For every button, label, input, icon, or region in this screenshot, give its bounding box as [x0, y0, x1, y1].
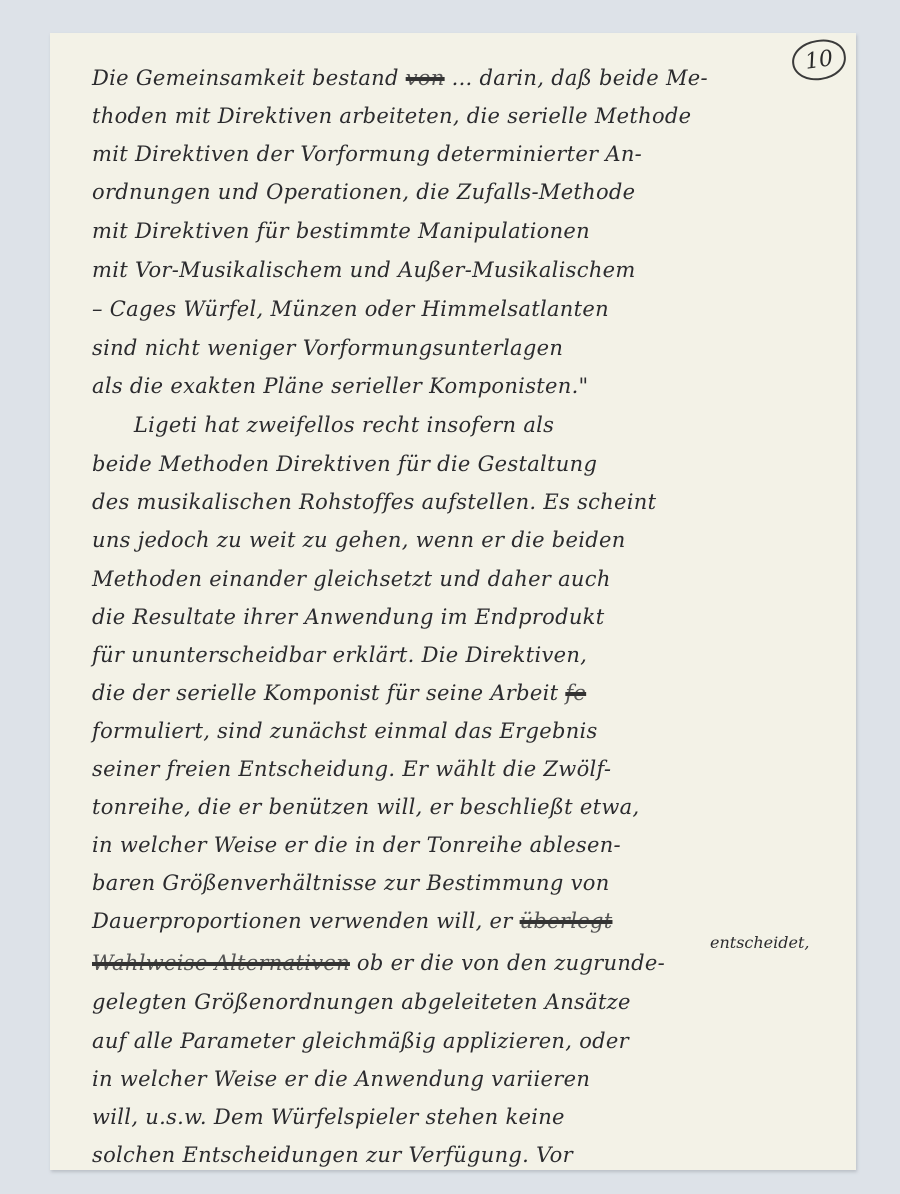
text-line: gelegten Größenordnungen abgeleiteten An…	[92, 990, 631, 1014]
line-text: will, u.s.w. Dem Würfelspieler stehen ke…	[92, 1105, 565, 1129]
line-text: als die exakten Pläne serieller Komponis…	[92, 374, 589, 398]
interlinear-insertion: entscheidet,	[710, 933, 810, 952]
text-line: mit Direktiven für bestimmte Manipulatio…	[92, 219, 590, 243]
text-line: seiner freien Entscheidung. Er wählt die…	[92, 757, 611, 781]
struck-word: überlegt	[520, 909, 613, 933]
text-line: des musikalischen Rohstoffes aufstellen.…	[92, 490, 656, 514]
text-line: in welcher Weise er die in der Tonreihe …	[92, 833, 621, 857]
text-line: mit Vor-Musikalischem und Außer-Musikali…	[92, 258, 636, 282]
line-text: Die Gemeinsamkeit bestand	[92, 66, 406, 90]
line-text: uns jedoch zu weit zu gehen, wenn er die…	[92, 528, 626, 552]
text-line: formuliert, sind zunächst einmal das Erg…	[92, 719, 598, 743]
text-line: beide Methoden Direktiven für die Gestal…	[92, 452, 597, 476]
struck-word: von	[406, 66, 445, 90]
text-line: will, u.s.w. Dem Würfelspieler stehen ke…	[92, 1105, 565, 1129]
line-text: die der serielle Komponist für seine Arb…	[92, 681, 565, 705]
line-text: auf alle Parameter gleichmäßig applizier…	[92, 1029, 629, 1053]
line-text: baren Größenverhältnisse zur Bestimmung …	[92, 871, 610, 895]
line-text: in welcher Weise er die Anwendung variie…	[92, 1067, 590, 1091]
text-line: Ligeti hat zweifellos recht insofern als	[92, 413, 554, 437]
line-text: beide Methoden Direktiven für die Gestal…	[92, 452, 597, 476]
text-line: Wahlweise Alternativen ob er die von den…	[92, 951, 665, 975]
line-text: Methoden einander gleichsetzt und daher …	[92, 567, 611, 591]
text-line: Dauerproportionen verwenden will, er übe…	[92, 909, 612, 933]
text-line: auf alle Parameter gleichmäßig applizier…	[92, 1029, 629, 1053]
line-text: – Cages Würfel, Münzen oder Himmelsatlan…	[92, 297, 609, 321]
text-line: als die exakten Pläne serieller Komponis…	[92, 374, 589, 398]
text-line: mit Direktiven der Vorformung determinie…	[92, 142, 642, 166]
text-line: thoden mit Direktiven arbeiteten, die se…	[92, 104, 691, 128]
text-line: für ununterscheidbar erklärt. Die Direkt…	[92, 643, 587, 667]
line-text: sind nicht weniger Vorformungsunterlagen	[92, 336, 563, 360]
line-text: formuliert, sind zunächst einmal das Erg…	[92, 719, 598, 743]
text-line: Die Gemeinsamkeit bestand von ... darin,…	[92, 66, 708, 90]
line-text: ordnungen und Operationen, die Zufalls-M…	[92, 180, 635, 204]
line-text: seiner freien Entscheidung. Er wählt die…	[92, 757, 611, 781]
line-text: solchen Entscheidungen zur Verfügung. Vo…	[92, 1143, 573, 1167]
text-line: die Resultate ihrer Anwendung im Endprod…	[92, 605, 604, 629]
struck-word: Wahlweise Alternativen	[92, 951, 350, 975]
text-line: die der serielle Komponist für seine Arb…	[92, 681, 586, 705]
text-line: in welcher Weise er die Anwendung variie…	[92, 1067, 590, 1091]
line-text: des musikalischen Rohstoffes aufstellen.…	[92, 490, 656, 514]
line-text: thoden mit Direktiven arbeiteten, die se…	[92, 104, 691, 128]
page-number-circled: 10	[789, 36, 848, 83]
line-text: für ununterscheidbar erklärt. Die Direkt…	[92, 643, 587, 667]
text-line: Methoden einander gleichsetzt und daher …	[92, 567, 611, 591]
line-text-continued: ob er die von den zugrunde-	[350, 951, 665, 975]
line-text: mit Direktiven der Vorformung determinie…	[92, 142, 642, 166]
text-line: sind nicht weniger Vorformungsunterlagen	[92, 336, 563, 360]
text-line: solchen Entscheidungen zur Verfügung. Vo…	[92, 1143, 573, 1167]
text-line: baren Größenverhältnisse zur Bestimmung …	[92, 871, 610, 895]
line-text: mit Direktiven für bestimmte Manipulatio…	[92, 219, 590, 243]
manuscript-page: 10 Die Gemeinsamkeit bestand von ... dar…	[50, 33, 856, 1170]
line-text: tonreihe, die er benützen will, er besch…	[92, 795, 639, 819]
line-text: mit Vor-Musikalischem und Außer-Musikali…	[92, 258, 636, 282]
line-text: die Resultate ihrer Anwendung im Endprod…	[92, 605, 604, 629]
text-line: uns jedoch zu weit zu gehen, wenn er die…	[92, 528, 626, 552]
line-text: gelegten Größenordnungen abgeleiteten An…	[92, 990, 631, 1014]
struck-word: fe	[565, 681, 586, 705]
line-text: Ligeti hat zweifellos recht insofern als	[92, 413, 554, 437]
page-number-text: 10	[803, 46, 834, 75]
text-line: ordnungen und Operationen, die Zufalls-M…	[92, 180, 635, 204]
line-text-continued: ... darin, daß beide Me-	[445, 66, 708, 90]
line-text: Dauerproportionen verwenden will, er	[92, 909, 520, 933]
text-line: tonreihe, die er benützen will, er besch…	[92, 795, 639, 819]
line-text: in welcher Weise er die in der Tonreihe …	[92, 833, 621, 857]
text-line: – Cages Würfel, Münzen oder Himmelsatlan…	[92, 297, 609, 321]
